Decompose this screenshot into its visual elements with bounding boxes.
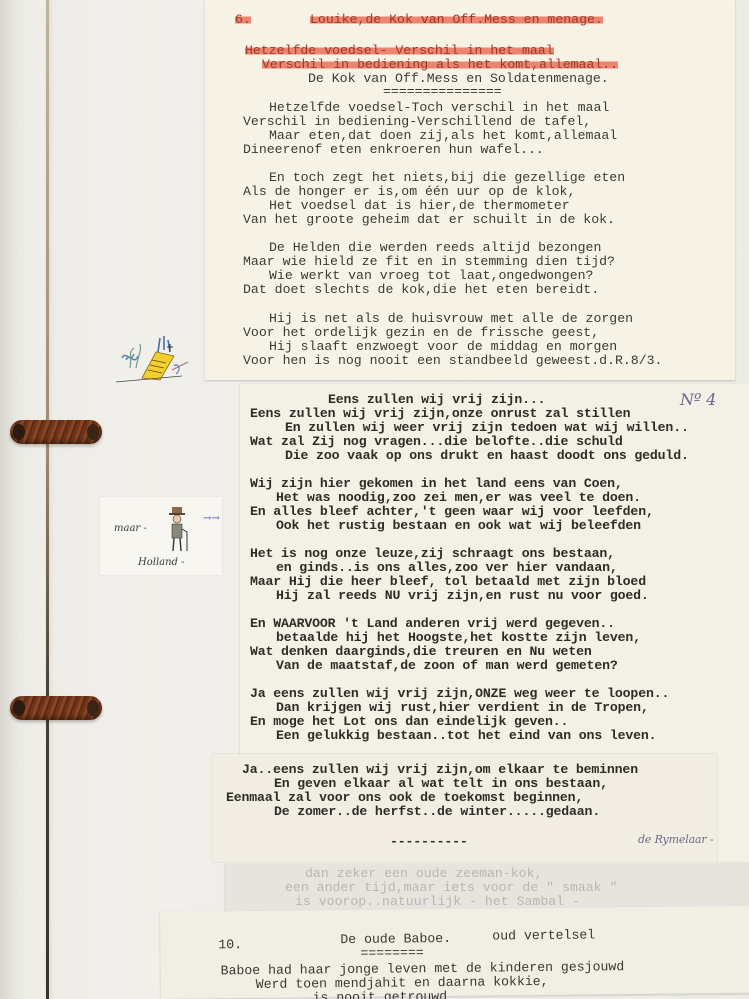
poem-line: Ook het rustig bestaan en ook wat wij be… bbox=[276, 518, 641, 533]
grave-with-cross-icon bbox=[112, 330, 196, 386]
poem-line: En toch zegt het niets,bij die gezellige… bbox=[269, 170, 625, 185]
binding-cord-top bbox=[10, 420, 102, 444]
poem-line: Maar Hij die heer bleef, tol betaald met… bbox=[250, 574, 646, 589]
poem-line: Voor het ordelijk gezin en de frissche g… bbox=[243, 325, 599, 340]
poem-line: Hij zal reeds NU vrij zijn,en rust nu vo… bbox=[276, 588, 649, 603]
poem-line: Hij slaaft enzwoegt voor de middag en mo… bbox=[269, 339, 617, 354]
poem-line: En WAARVOOR 't Land anderen vrij werd ge… bbox=[250, 616, 615, 631]
poem-line: Eens zullen wij vrij zijn,onze onrust za… bbox=[250, 406, 630, 421]
poem-line: Het was noodig,zoo zei men,er was veel t… bbox=[276, 490, 641, 505]
poem-line: Van het groote geheim dat er schuilt in … bbox=[243, 212, 615, 227]
poem-4-title: Eens zullen wij vrij zijn... bbox=[328, 392, 545, 407]
faded-line: dan zeker een oude zeeman-kok, bbox=[305, 866, 542, 881]
poem-line: De zomer..de herfst..de winter.....gedaa… bbox=[274, 804, 600, 819]
poem-line: en ginds..is ons alles,zoo ver hier vand… bbox=[276, 560, 618, 575]
poem-line: Ja eens zullen wij vrij zijn,ONZE weg we… bbox=[250, 686, 669, 701]
poem-4-final-stanza-slip: Ja..eens zullen wij vrij zijn,om elkaar … bbox=[212, 754, 717, 862]
poem-line: Wij zijn hier gekomen in het land eens v… bbox=[250, 476, 623, 491]
poem-10-number: 10. bbox=[218, 937, 242, 952]
poem-6-crossed-line: Hetzelfde voedsel- Verschil in het maal bbox=[245, 43, 554, 58]
faded-line: is voorop..natuurlijk - het Sambal - bbox=[295, 894, 580, 909]
poem-6-number: 6. bbox=[235, 12, 251, 27]
grave-sketch bbox=[112, 330, 196, 386]
binding-cord-bottom bbox=[10, 696, 102, 720]
poem-line: Ja..eens zullen wij vrij zijn,om elkaar … bbox=[242, 762, 638, 777]
poem-line: betaalde hij het Hoogste,het kostte zijn… bbox=[276, 630, 641, 645]
arrow-icon: →→ bbox=[203, 513, 220, 524]
closing-rule: ---------- bbox=[390, 834, 468, 849]
poem-line: ... is nooit getrouwd bbox=[281, 989, 447, 999]
page-binding-gutter bbox=[46, 0, 49, 999]
poem-line: Dat doet slechts de kok,die het eten ber… bbox=[243, 282, 599, 297]
poem-line: Maar eten,dat doen zij,als het komt,alle… bbox=[269, 128, 617, 143]
poem-6-crossed-line: Verschil in bediening als het komt,allem… bbox=[262, 57, 618, 72]
sketch-caption-bottom: Holland - bbox=[138, 557, 185, 568]
man-with-cane-icon bbox=[160, 505, 200, 555]
poem-line: Die zoo vaak op ons drukt en haast doodt… bbox=[285, 448, 689, 463]
poem-line: Van de maatstaf,de zoon of man werd geme… bbox=[276, 658, 618, 673]
poem-line: En geven elkaar al wat telt in ons besta… bbox=[274, 776, 608, 791]
poem-line: Als de honger er is,om één uur op de klo… bbox=[243, 184, 575, 199]
poem-6-sheet: 6. Louike,de Kok van Off.Mess en menage.… bbox=[205, 0, 735, 380]
poem-line: Verschil in bediening-Verschillend de ta… bbox=[243, 114, 591, 129]
man-with-cane-sketch: maar - →→ Holland - bbox=[100, 497, 222, 575]
poem-10-subtitle: oud vertelsel bbox=[492, 927, 595, 943]
poem-line: Voor hen is nog nooit een standbeeld gew… bbox=[243, 353, 662, 368]
poem-line: Eenmaal zal voor ons ook de toekomst beg… bbox=[226, 790, 583, 805]
poem-10-sheet: 10. De oude Baboe. oud vertelsel =======… bbox=[160, 906, 749, 999]
signature: de Rymelaar - bbox=[638, 832, 713, 847]
poem-line: En alles bleef achter,'t geen waar wij v… bbox=[250, 504, 654, 519]
poem-line: Hij is net als de huisvrouw met alle de … bbox=[269, 311, 633, 326]
poem-line: Dan krijgen wij rust,hier verdient in de… bbox=[276, 700, 649, 715]
poem-line: De Helden die werden reeds altijd bezong… bbox=[269, 240, 601, 255]
poem-line: Wie werkt van vroeg tot laat,ongedwongen… bbox=[269, 268, 593, 283]
handwritten-number: Nº 4 bbox=[680, 392, 716, 407]
poem-line: Maar wie hield ze fit en in stemming die… bbox=[243, 254, 615, 269]
poem-line: Het voedsel dat is hier,de thermometer bbox=[269, 198, 570, 213]
poem-line: Hetzelfde voedsel-Toch verschil in het m… bbox=[269, 100, 609, 115]
poem-6-crossed-title: Louike,de Kok van Off.Mess en menage. bbox=[310, 12, 603, 27]
poem-10-title-underline: ======== bbox=[360, 945, 423, 961]
poem-line: Wat denken daarginds,die treuren en Nu w… bbox=[250, 644, 592, 659]
poem-line: Wat zal Zij nog vragen...die belofte..di… bbox=[250, 434, 623, 449]
poem-line: Een gelukkig bestaan..tot het eind van o… bbox=[276, 728, 656, 743]
poem-line: Het is nog onze leuze,zij schraagt ons b… bbox=[250, 546, 615, 561]
poem-6-title-underline: =============== bbox=[383, 84, 502, 99]
sketch-caption-left: maar - bbox=[114, 523, 147, 534]
poem-line: En zullen wij weer vrij zijn tedoen wat … bbox=[285, 420, 689, 435]
poem-line: En moge het Lot ons dan eindelijk geven.… bbox=[250, 714, 568, 729]
faded-line: een ander tijd,maar iets voor de " smaak… bbox=[285, 880, 617, 895]
poem-line: Dineerenof eten enkroeren hun wafel... bbox=[243, 142, 544, 157]
